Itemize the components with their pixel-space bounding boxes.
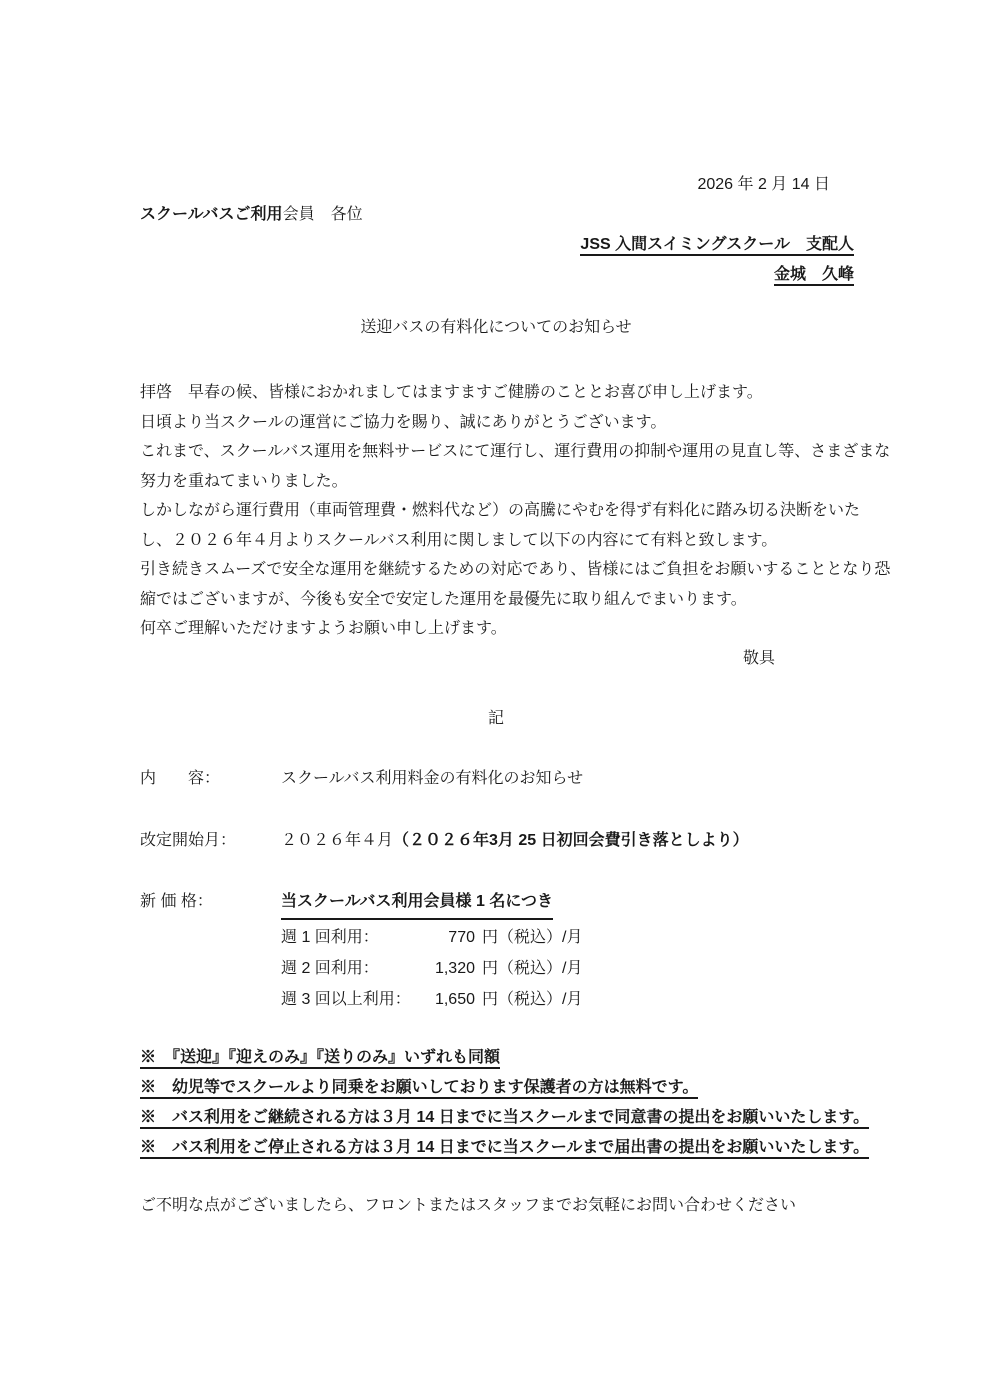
footer-note: ご不明な点がございましたら、フロントまたはスタッフまでお気軽にお問い合わせくださ… <box>140 1191 880 1221</box>
price-label: 週 2 回利用： <box>281 953 413 984</box>
letter-body: 拝啓 早春の候、皆様におかれましてはますますご健勝のこととお喜び申し上げます。 … <box>140 378 880 644</box>
price-suffix: 円（税込）/月 <box>482 922 582 953</box>
body-line: 努力を重ねてまいりました。 <box>140 467 880 497</box>
detail-label: 改定開始月： <box>140 826 281 856</box>
price-label: 週 1 回利用： <box>281 922 413 953</box>
sender-title-line: JSS 入間スイミングスクール 支配人 <box>140 230 880 260</box>
body-line: 何卒ご理解いただけますようお願い申し上げます。 <box>140 614 880 644</box>
recipient-line: スクールバスご利用会員 各位 <box>140 200 880 230</box>
detail-value: ２０２６年４月（２０２６年3月 25 日初回会費引き落としより） <box>281 826 749 856</box>
letter-title: 送迎バスの有料化についてのお知らせ <box>140 313 880 343</box>
sender-title-text: JSS 入間スイミングスクール 支配人 <box>580 236 854 256</box>
sender-name-line: 金城 久峰 <box>140 260 880 290</box>
detail-row-revision: 改定開始月： ２０２６年４月（２０２６年3月 25 日初回会費引き落としより） <box>140 826 880 856</box>
detail-row-price: 新 価 格： 当スクールバス利用会員様 1 名につき <box>140 887 880 920</box>
body-line: し、２０２６年４月よりスクールバス利用に関しまして以下の内容にて有料と致します。 <box>140 526 880 556</box>
record-marker: 記 <box>140 704 880 734</box>
price-suffix: 円（税込）/月 <box>482 953 582 984</box>
price-amount: 1,650 <box>413 984 475 1015</box>
body-line: 日頃より当スクールの運営にご協力を賜り、誠にありがとうございます。 <box>140 408 880 438</box>
recipient-bold-part: スクールバスご利用 <box>140 206 283 223</box>
sender-name-text: 金城 久峰 <box>774 266 854 286</box>
detail-label: 新 価 格： <box>140 887 281 920</box>
letter-date: 2026 年 2 月 14 日 <box>140 170 880 200</box>
price-label: 週 3 回以上利用： <box>281 984 413 1015</box>
price-suffix: 円（税込）/月 <box>482 984 582 1015</box>
revision-value-bold: （２０２６年3月 25 日初回会費引き落としより） <box>393 832 749 849</box>
price-list: 週 1 回利用： 770 円（税込）/月 週 2 回利用： 1,320 円（税込… <box>281 922 880 1015</box>
price-amount: 1,320 <box>413 953 475 984</box>
body-line: これまで、スクールバス運用を無料サービスにて運行し、運行費用の抑制や運用の見直し… <box>140 437 880 467</box>
note-line: ※ 『送迎』『迎えのみ』『送りのみ』いずれも同額 <box>140 1043 880 1073</box>
recipient-rest-part: 会員 各位 <box>283 206 363 223</box>
body-line: 縮ではございますが、今後も安全で安定した運用を最優先に取り組んでまいります。 <box>140 585 880 615</box>
detail-row-content: 内 容： スクールバス利用料金の有料化のお知らせ <box>140 764 880 794</box>
detail-label: 内 容： <box>140 764 281 794</box>
price-heading: 当スクールバス利用会員様 1 名につき <box>281 887 553 920</box>
price-amount: 770 <box>413 922 475 953</box>
notes-list: ※ 『送迎』『迎えのみ』『送りのみ』いずれも同額 ※ 幼児等でスクールより同乗を… <box>140 1043 880 1163</box>
price-row: 週 3 回以上利用： 1,650 円（税込）/月 <box>281 984 880 1015</box>
price-row: 週 2 回利用： 1,320 円（税込）/月 <box>281 953 880 984</box>
note-text: ※ バス利用をご停止される方は３月 14 日までに当スクールまで届出書の提出をお… <box>140 1139 869 1159</box>
body-line: 拝啓 早春の候、皆様におかれましてはますますご健勝のこととお喜び申し上げます。 <box>140 378 880 408</box>
note-text: ※ 幼児等でスクールより同乗をお願いしております保護者の方は無料です。 <box>140 1079 698 1099</box>
price-row: 週 1 回利用： 770 円（税込）/月 <box>281 922 880 953</box>
body-line: しかしながら運行費用（車両管理費・燃料代など）の高騰にやむを得ず有料化に踏み切る… <box>140 496 880 526</box>
note-line: ※ バス利用をご停止される方は３月 14 日までに当スクールまで届出書の提出をお… <box>140 1133 880 1163</box>
note-text: ※ バス利用をご継続される方は３月 14 日までに当スクールまで同意書の提出をお… <box>140 1109 869 1129</box>
detail-value: スクールバス利用料金の有料化のお知らせ <box>281 764 583 794</box>
body-line: 引き続きスムーズで安全な運用を継続するための対応であり、皆様にはご負担をお願いす… <box>140 555 880 585</box>
note-text: ※ 『送迎』『迎えのみ』『送りのみ』いずれも同額 <box>140 1049 500 1069</box>
letter-page: 2026 年 2 月 14 日 スクールバスご利用会員 各位 JSS 入間スイミ… <box>0 0 990 1400</box>
note-line: ※ バス利用をご継続される方は３月 14 日までに当スクールまで同意書の提出をお… <box>140 1103 880 1133</box>
closing-keigu: 敬具 <box>140 644 880 674</box>
note-line: ※ 幼児等でスクールより同乗をお願いしております保護者の方は無料です。 <box>140 1073 880 1103</box>
revision-value-regular: ２０２６年４月 <box>281 832 393 849</box>
